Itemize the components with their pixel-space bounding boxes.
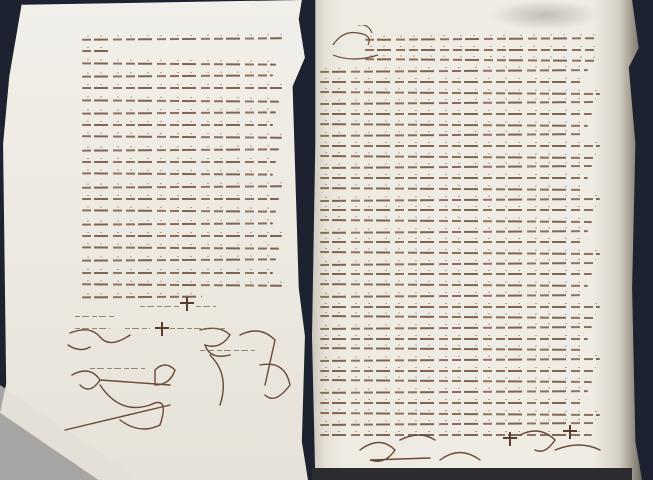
manuscript-photo — [0, 0, 653, 480]
handwriting-line — [82, 235, 282, 237]
handwriting-line — [320, 113, 592, 115]
signature-text — [196, 306, 216, 307]
handwriting-line — [320, 338, 588, 340]
signature-text — [75, 316, 115, 317]
signature-text — [75, 328, 110, 329]
right-signatures — [340, 420, 620, 470]
handwriting-line — [82, 50, 112, 52]
left-signatures — [60, 325, 300, 435]
cross-mark — [180, 297, 194, 311]
handwriting-line — [82, 198, 279, 200]
margin-note — [328, 25, 388, 65]
handwriting-line — [365, 49, 595, 51]
handwriting-line — [82, 124, 273, 126]
handwriting-line — [320, 402, 584, 404]
handwriting-line — [82, 272, 273, 274]
signature-text — [90, 368, 145, 369]
handwriting-line — [82, 87, 282, 89]
handwriting-line — [320, 209, 596, 211]
handwriting-line — [320, 241, 584, 243]
handwriting-line — [320, 273, 592, 275]
signature-text — [170, 328, 225, 329]
signature-text — [140, 306, 180, 307]
right-page-stain — [490, 0, 600, 30]
signature-text — [200, 350, 255, 351]
handwriting-line — [320, 145, 600, 147]
handwriting-line — [82, 161, 276, 163]
handwriting-line — [320, 81, 584, 83]
handwriting-line — [320, 370, 596, 372]
handwriting-line — [320, 177, 588, 179]
handwriting-line — [320, 306, 600, 308]
signature-text — [125, 328, 150, 329]
